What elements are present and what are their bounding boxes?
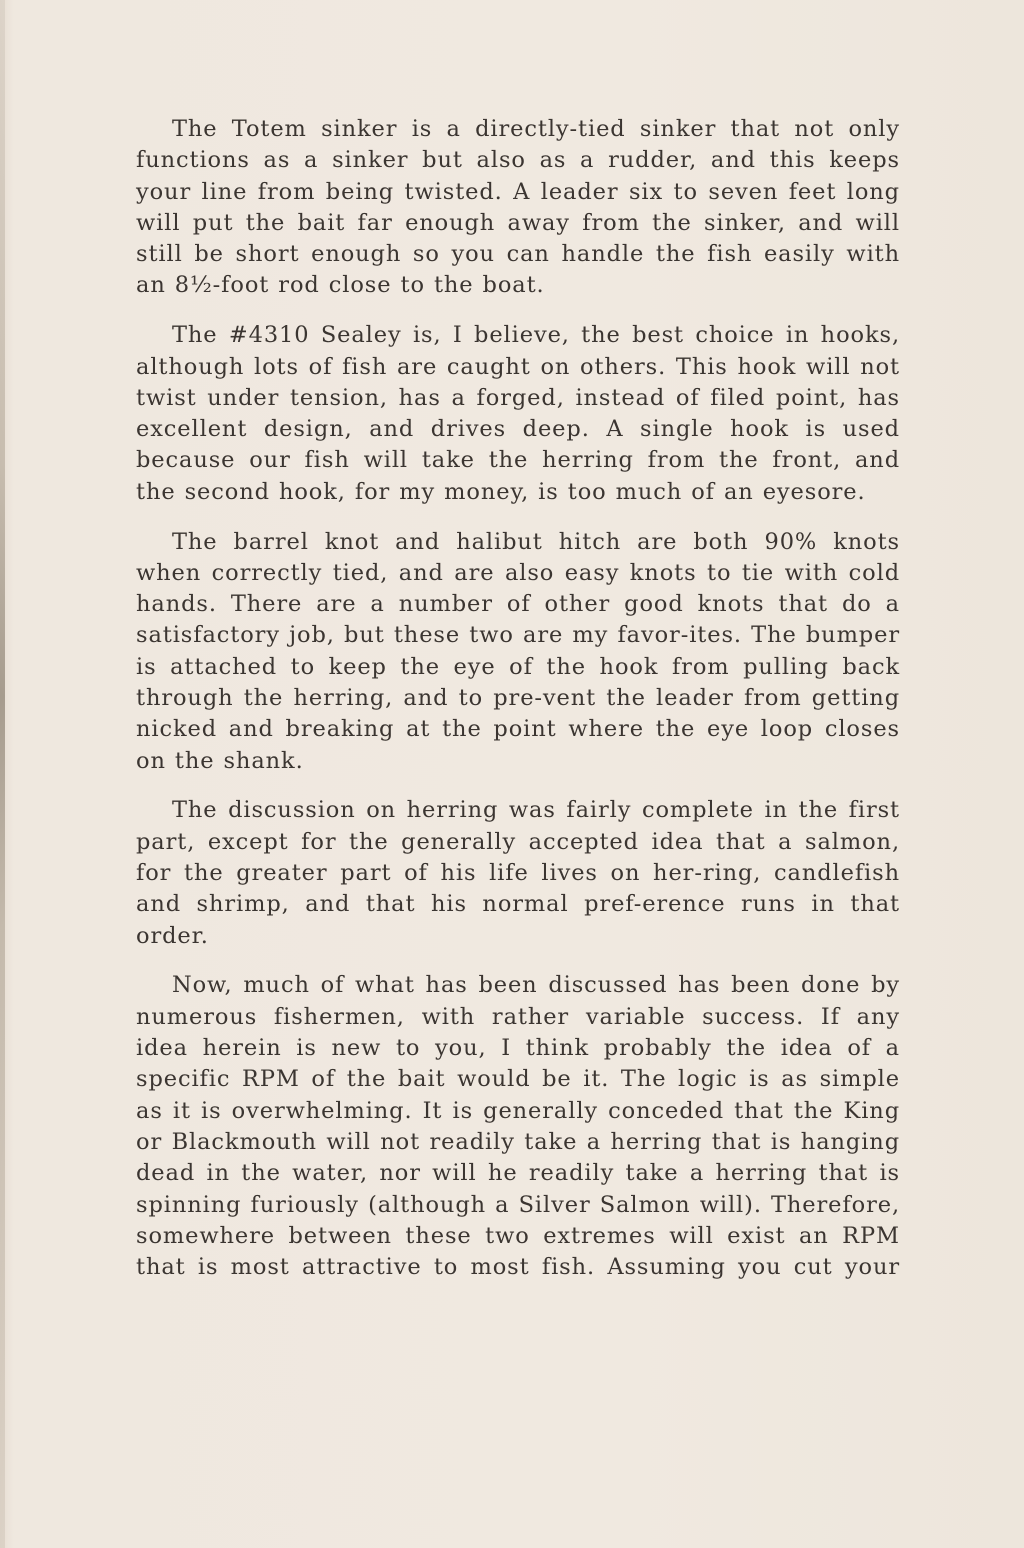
page-binding-edge <box>0 0 5 1548</box>
document-page: The Totem sinker is a directly-tied sink… <box>0 0 1024 1548</box>
paragraph-sealey-hook: The #4310 Sealey is, I believe, the best… <box>136 320 900 508</box>
paragraph-knots: The barrel knot and halibut hitch are bo… <box>136 527 900 777</box>
paragraph-herring: The discussion on herring was fairly com… <box>136 795 900 951</box>
body-text: The Totem sinker is a directly-tied sink… <box>136 114 900 1302</box>
paragraph-rpm: Now, much of what has been discussed has… <box>136 970 900 1283</box>
paragraph-totem-sinker: The Totem sinker is a directly-tied sink… <box>136 114 900 302</box>
